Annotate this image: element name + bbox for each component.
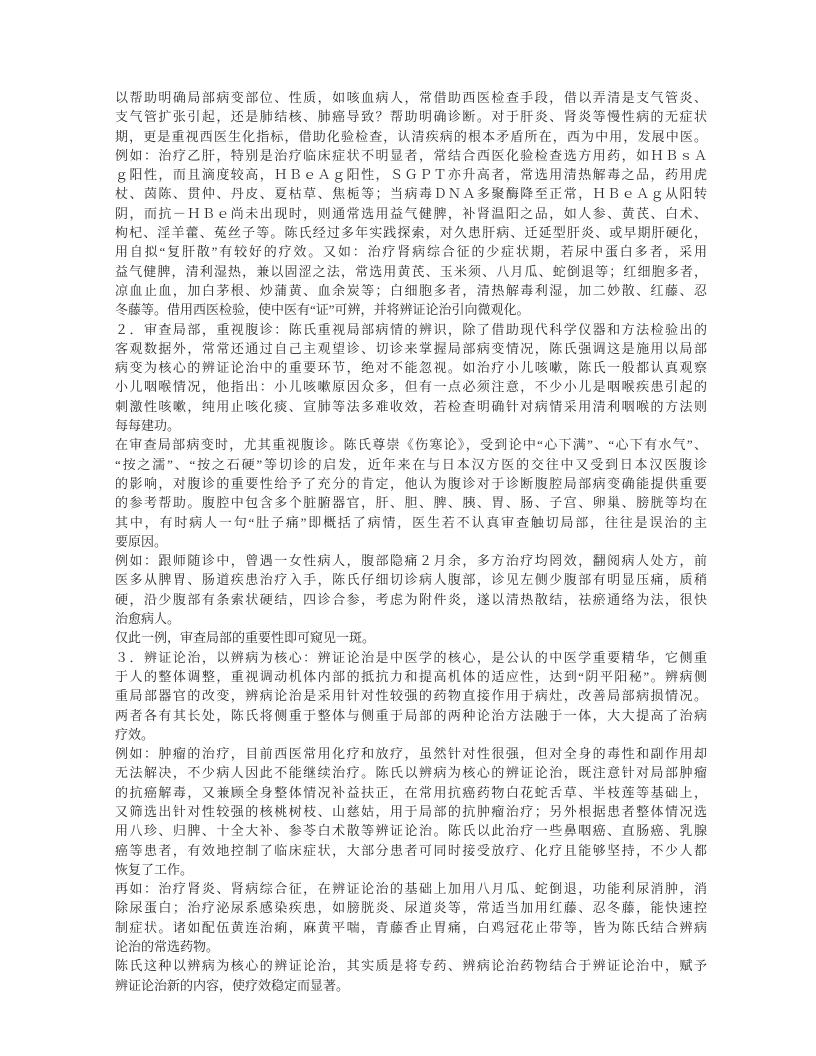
text-line: ３．辨证论治，以辨病为核心：辨证论治是中医学的核心，是公认的中医学重要精华，它侧… (115, 648, 707, 667)
text-line: 益气健脾，清利湿热，兼以固涩之法，常选用黄芪、玉米须、八月瓜、蛇倒退等；红细胞多… (115, 262, 707, 281)
text-line: 的参考帮助。腹腔中包含多个脏腑器官，肝、胆、脾、胰、胃、肠、子宫、卵巢、膀胱等均… (115, 493, 707, 512)
text-line: 陈氏这种以辨病为核心的辨证论治，其实质是将专药、辨病论治药物结合于辨证论治中，赋… (115, 956, 707, 975)
text-line: 凉血止血，加白茅根、炒蒲黄、血余炭等；白细胞多者，清热解毒利湿，加二妙散、红藤、… (115, 281, 707, 300)
document-text-block: 以帮助明确局部病变部位、性质，如咳血病人，常借助西医检查手段，借以弄清是支气管炎… (115, 88, 707, 995)
text-line: 制症状。诸如配伍黄连治痢，麻黄平喘，青藤香止胃痛，白鸡冠花止带等，皆为陈氏结合辨… (115, 918, 707, 937)
text-line: 枸杞、淫羊藿、菟丝子等。陈氏经过多年实践探索，对久患肝病、迁延型肝炎、或早期肝硬… (115, 223, 707, 242)
text-line: 重局部器官的改变，辨病论治是采用针对性较强的药物直接作用于病灶，改善局部病损情况… (115, 686, 707, 705)
text-line: 论治的常选药物。 (115, 937, 707, 956)
document-page: 以帮助明确局部病变部位、性质，如咳血病人，常借助西医检查手段，借以弄清是支气管炎… (0, 0, 816, 1056)
text-line: 除尿蛋白；治疗泌尿系感染疾患，如膀胱炎、尿道炎等，常适当加用红藤、忍冬藤，能快速… (115, 898, 707, 917)
text-line: 医多从脾胃、肠道疾患治疗入手，陈氏仔细切诊病人腹部，诊见左侧少腹部有明显压痛，质… (115, 570, 707, 589)
text-line: ２．审查局部，重视腹诊：陈氏重视局部病情的辨识，除了借助现代科学仪器和方法检验出… (115, 320, 707, 339)
text-line: 刺激性咳嗽，纯用止咳化痰、宣肺等法多难收效，若检查明确针对病情采用清利咽喉的方法… (115, 397, 707, 416)
text-line: 仅此一例，审查局部的重要性即可窥见一斑。 (115, 628, 707, 647)
text-line: 冬藤等。借用西医检验，使中医有“证”可辨，并将辨证论治引向微观化。 (115, 300, 707, 319)
text-line: 硬，沿少腹部有条索状硬结，四诊合参，考虑为附件炎，遂以清热散结，祛瘀通络为法，很… (115, 590, 707, 609)
text-line: 的抗癌解毒，又兼顾全身整体情况补益扶正，在常用抗癌药物白花蛇舌草、半枝莲等基础上… (115, 783, 707, 802)
text-line: 治愈病人。 (115, 609, 707, 628)
text-line: 期，更是重视西医生化指标，借助化验检查，认清疾病的根本矛盾所在，西为中用，发展中… (115, 127, 707, 146)
text-line: 例如：跟师随诊中，曾遇一女性病人，腹部隐痛２月余，多方治疗均罔效，翻阅病人处方，… (115, 551, 707, 570)
text-line: 恢复了工作。 (115, 860, 707, 879)
text-line: 客观数据外，常常还通过自己主观望诊、切诊来掌握局部病变情况，陈氏强调这是施用以局… (115, 339, 707, 358)
text-line: ｇ阳性，而且滴度较高，ＨＢｅＡｇ阳性，ＳＧＰＴ亦升高者，常选用清热解毒之品，药用… (115, 165, 707, 184)
text-line: 再如：治疗肾炎、肾病综合征，在辨证论治的基础上加用八月瓜、蛇倒退，功能利尿消肿，… (115, 879, 707, 898)
text-line: 癌等患者，有效地控制了临床症状，大部分患者可同时接受放疗、化疗且能够坚持，不少人… (115, 841, 707, 860)
text-line: 病变为核心的辨证论治中的重要环节，绝对不能忽视。如治疗小儿咳嗽，陈氏一般都认真观… (115, 358, 707, 377)
text-line: “按之濡”、“按之石硬”等切诊的启发，近年来在与日本汉方医的交往中又受到日本汉医… (115, 455, 707, 474)
text-line: 用自拟“复肝散”有较好的疗效。又如：治疗肾病综合征的少症状期，若尿中蛋白多者，采… (115, 242, 707, 261)
text-line: 其中，有时病人一句“肚子痛”即概括了病情，医生若不认真审查触切局部，往往是误治的… (115, 513, 707, 532)
text-line: 在审查局部病变时，尤其重视腹诊。陈氏尊崇《伤寒论》，受到论中“心下满”、“心下有… (115, 435, 707, 454)
text-line: 又筛选出针对性较强的核桃树枝、山慈姑，用于局部的抗肿瘤治疗；另外根据患者整体情况… (115, 802, 707, 821)
text-line: 无法解决，不少病人因此不能继续治疗。陈氏以辨病为核心的辨证论治，既注意针对局部肿… (115, 763, 707, 782)
text-line: 用八珍、归脾、十全大补、参苓白术散等辨证论治。陈氏以此治疗一些鼻咽癌、直肠癌、乳… (115, 821, 707, 840)
text-line: 小儿咽喉情况，他指出：小儿咳嗽原因众多，但有一点必须注意，不少小儿是咽喉疾患引起… (115, 377, 707, 396)
text-line: 杖、茵陈、贯仲、丹皮、夏枯草、焦栀等；当病毒ＤＮＡ多聚酶降至正常，ＨＢｅＡｇ从阳… (115, 184, 707, 203)
text-line: 于人的整体调整，重视调动机体内部的抵抗力和提高机体的适应性，达到“阴平阳秘”。辨… (115, 667, 707, 686)
text-line: 以帮助明确局部病变部位、性质，如咳血病人，常借助西医检查手段，借以弄清是支气管炎… (115, 88, 707, 107)
text-line: 要原因。 (115, 532, 707, 551)
text-line: 阴，而抗－ＨＢｅ尚未出现时，则通常选用益气健脾，补肾温阳之品，如人参、黄芪、白术… (115, 204, 707, 223)
text-line: 例如：肿瘤的治疗，目前西医常用化疗和放疗，虽然针对性很强，但对全身的毒性和副作用… (115, 744, 707, 763)
text-line: 支气管扩张引起，还是肺结核、肺癌导致？帮助明确诊断。对于肝炎、肾炎等慢性病的无症… (115, 107, 707, 126)
text-line: 每每建功。 (115, 416, 707, 435)
text-line: 的影响，对腹诊的重要性给予了充分的肯定，他认为腹诊对于诊断腹腔局部病变确能提供重… (115, 474, 707, 493)
text-line: 辨证论治新的内容，使疗效稳定而显著。 (115, 976, 707, 995)
text-line: 两者各有其长处，陈氏将侧重于整体与侧重于局部的两种论治方法融于一体，大大提高了治… (115, 706, 707, 725)
text-line: 疗效。 (115, 725, 707, 744)
text-line: 例如：治疗乙肝，特别是治疗临床症状不明显者，常结合西医化验检查选方用药，如ＨＢｓ… (115, 146, 707, 165)
